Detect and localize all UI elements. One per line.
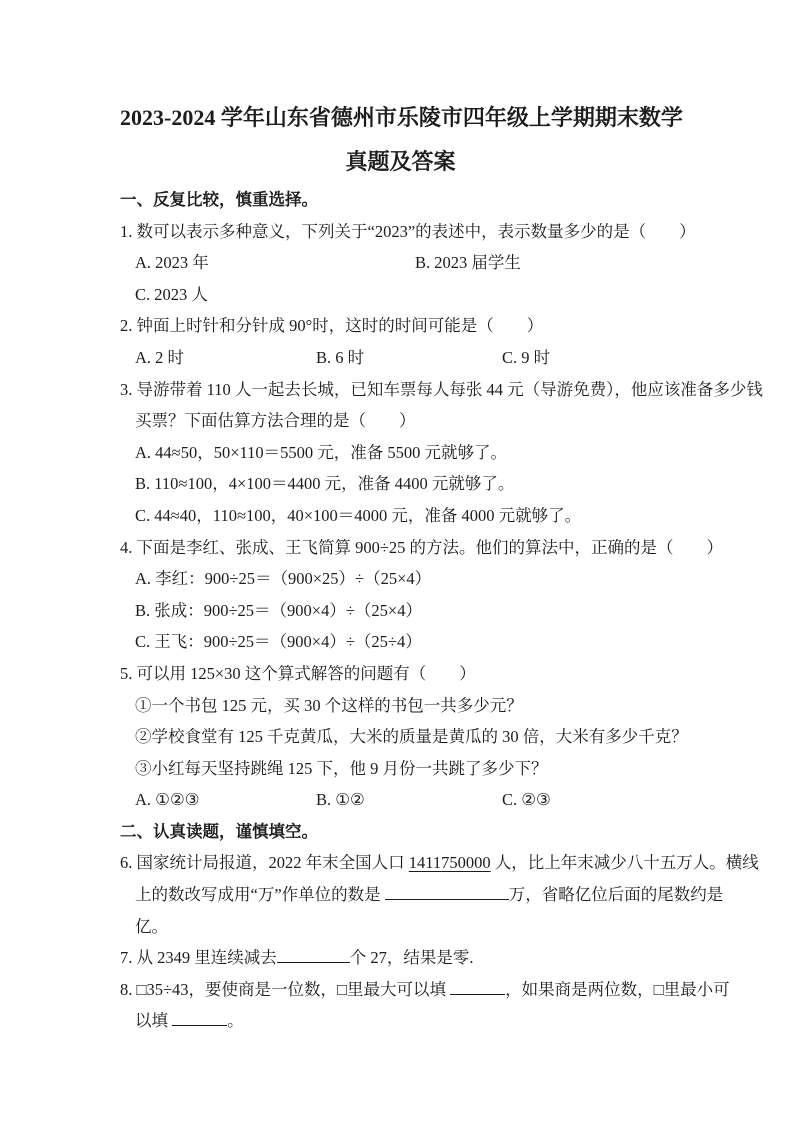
question-5-option-b: B. ①② <box>316 784 502 816</box>
question-5-text: 5. 可以用 125×30 这个算式解答的问题有（ ） <box>120 658 681 690</box>
question-1-options-row-2: C. 2023 人 <box>120 279 681 311</box>
question-3-option-c: C. 44≈40，110≈100，40×100＝4000 元，准备 4000 元… <box>120 500 681 532</box>
question-3: 3. 导游带着 110 人一起去长城，已知车票每人每张 44 元（导游免费），他… <box>120 374 681 532</box>
question-1-option-c: C. 2023 人 <box>135 279 208 311</box>
question-8-text-line-1: 8. □35÷43，要使商是一位数，□里最大可以填 ，如果商是两位数，□里最小可 <box>120 974 681 1006</box>
question-5-subitem-2: ②学校食堂有 125 千克黄瓜，大米的质量是黄瓜的 30 倍，大米有多少千克？ <box>120 721 681 753</box>
question-5-options-row: A. ①②③B. ①②C. ②③ <box>120 784 681 816</box>
question-5-option-c: C. ②③ <box>502 784 551 816</box>
question-5-subitem-3: ③小红每天坚持跳绳 125 下，他 9 月份一共跳了多少下？ <box>120 753 681 785</box>
section-1-header: 一、反复比较，慎重选择。 <box>120 184 681 216</box>
question-6-line-1-suffix: 人，比上年末减少八十五万人。横线 <box>491 853 759 872</box>
question-3-option-a: A. 44≈50，50×110＝5500 元，准备 5500 元就够了。 <box>120 437 681 469</box>
question-7-prefix: 7. 从 2349 里连续减去 <box>120 948 277 967</box>
question-1-text: 1. 数可以表示多种意义，下列关于“2023”的表述中，表示数量多少的是（ ） <box>120 216 681 248</box>
question-2-option-b: B. 6 时 <box>316 342 502 374</box>
question-8: 8. □35÷43，要使商是一位数，□里最大可以填 ，如果商是两位数，□里最小可… <box>120 974 681 1037</box>
question-3-text-line-2: 买票？下面估算方法合理的是（ ） <box>120 405 681 437</box>
question-5-option-a: A. ①②③ <box>135 784 316 816</box>
question-7-suffix: 个 27，结果是零. <box>350 948 474 967</box>
question-6-text-line-1: 6. 国家统计局报道，2022 年末全国人口 1411750000 人，比上年末… <box>120 847 681 879</box>
exam-title-line-2: 真题及答案 <box>120 140 681 184</box>
answer-blank <box>172 1010 227 1026</box>
question-4: 4. 下面是李红、张成、王飞简算 900÷25 的方法。他们的算法中，正确的是（… <box>120 532 681 658</box>
question-8-line-2-suffix: 。 <box>227 1011 244 1030</box>
answer-blank <box>450 979 505 995</box>
question-3-option-b: B. 110≈100，4×100＝4400 元，准备 4400 元就够了。 <box>120 468 681 500</box>
question-2-option-a: A. 2 时 <box>135 342 316 374</box>
question-6-line-2-suffix: 万，省略亿位后面的尾数约是 <box>509 885 724 904</box>
section-2-header: 二、认真读题，谨慎填空。 <box>120 816 681 848</box>
question-8-line-1-suffix: ，如果商是两位数，□里最小可 <box>505 980 729 999</box>
question-4-option-c: C. 王飞：900÷25＝（900×4）÷（25÷4） <box>120 626 681 658</box>
question-2: 2. 钟面上时针和分针成 90°时，这时的时间可能是（ ） A. 2 时B. 6… <box>120 310 681 373</box>
question-2-options-row: A. 2 时B. 6 时C. 9 时 <box>120 342 681 374</box>
question-4-text: 4. 下面是李红、张成、王飞简算 900÷25 的方法。他们的算法中，正确的是（… <box>120 532 681 564</box>
question-6-line-1-prefix: 6. 国家统计局报道，2022 年末全国人口 <box>120 853 409 872</box>
answer-blank <box>385 884 509 900</box>
question-6-text-line-3: 亿。 <box>120 911 681 943</box>
underlined-population-number: 1411750000 <box>409 853 491 872</box>
question-7-text: 7. 从 2349 里连续减去个 27，结果是零. <box>120 942 681 974</box>
question-6-line-2-prefix: 上的数改写成用“万”作单位的数是 <box>135 885 385 904</box>
question-6: 6. 国家统计局报道，2022 年末全国人口 1411750000 人，比上年末… <box>120 847 681 942</box>
question-2-text: 2. 钟面上时针和分针成 90°时，这时的时间可能是（ ） <box>120 310 681 342</box>
question-2-option-c: C. 9 时 <box>502 342 550 374</box>
question-4-option-b: B. 张成：900÷25＝（900×4）÷（25×4） <box>120 595 681 627</box>
exam-title-line-1: 2023-2024 学年山东省德州市乐陵市四年级上学期期末数学 <box>120 96 681 140</box>
question-1-option-b: B. 2023 届学生 <box>415 247 521 279</box>
question-3-text-line-1: 3. 导游带着 110 人一起去长城，已知车票每人每张 44 元（导游免费），他… <box>120 374 681 406</box>
question-7: 7. 从 2349 里连续减去个 27，结果是零. <box>120 942 681 974</box>
question-1: 1. 数可以表示多种意义，下列关于“2023”的表述中，表示数量多少的是（ ） … <box>120 216 681 311</box>
answer-blank <box>277 947 350 963</box>
question-8-line-1-prefix: 8. □35÷43，要使商是一位数，□里最大可以填 <box>120 980 450 999</box>
question-6-text-line-2: 上的数改写成用“万”作单位的数是 万，省略亿位后面的尾数约是 <box>120 879 681 911</box>
question-8-text-line-2: 以填 。 <box>120 1005 681 1037</box>
question-1-option-a: A. 2023 年 <box>135 247 415 279</box>
question-4-option-a: A. 李红：900÷25＝（900×25）÷（25×4） <box>120 563 681 595</box>
question-8-line-2-prefix: 以填 <box>135 1011 172 1030</box>
question-1-options-row-1: A. 2023 年B. 2023 届学生 <box>120 247 681 279</box>
exam-paper-page: 2023-2024 学年山东省德州市乐陵市四年级上学期期末数学 真题及答案 一、… <box>0 0 793 1122</box>
question-5: 5. 可以用 125×30 这个算式解答的问题有（ ） ①一个书包 125 元，… <box>120 658 681 816</box>
question-5-subitem-1: ①一个书包 125 元，买 30 个这样的书包一共多少元？ <box>120 690 681 722</box>
